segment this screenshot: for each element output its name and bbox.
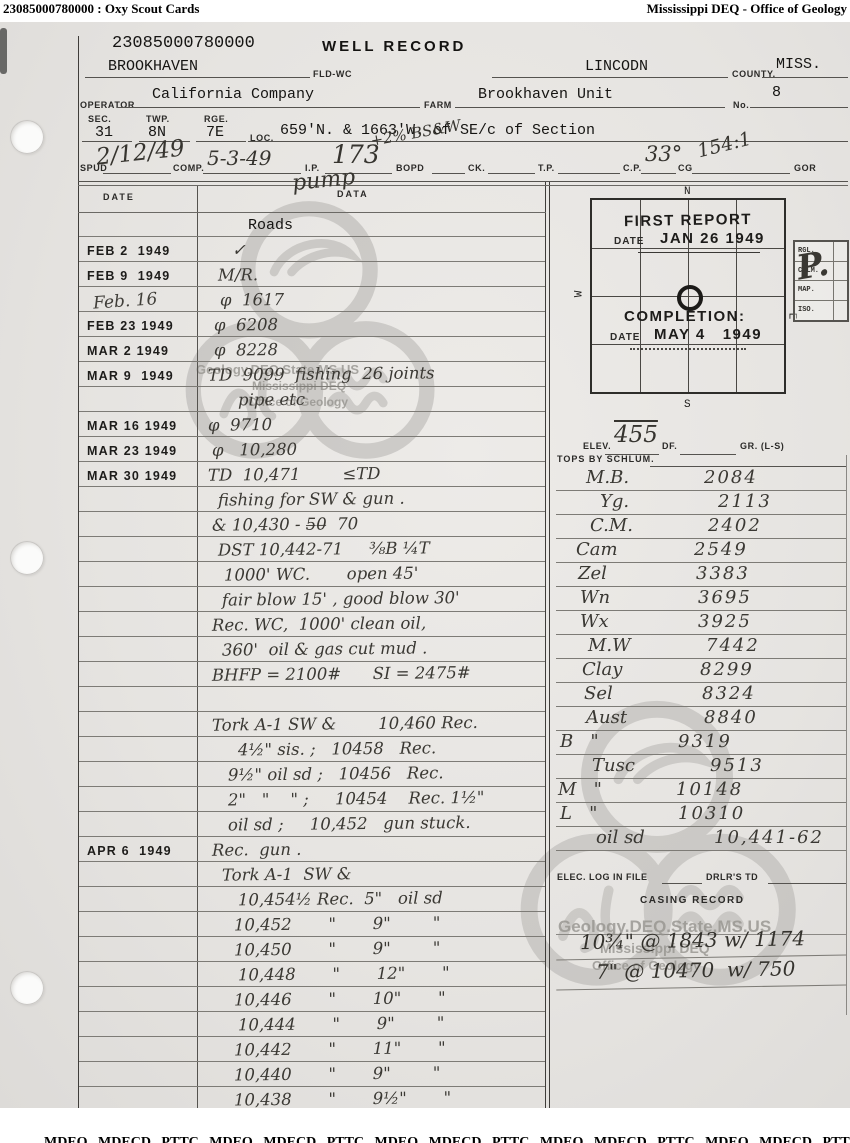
log-row-entry: 2" " " ; 10454 Rec. 1½" <box>204 785 545 813</box>
stamp-box-row: ISO. <box>795 301 847 321</box>
log-row: 10,446 " 10" " <box>79 987 545 1012</box>
log-row-date <box>79 762 204 786</box>
section-map-box: FIRST REPORT DATE JAN 26 1949 COMPLETION… <box>590 198 786 394</box>
tops-row: C.M. 2402 <box>556 515 846 539</box>
log-row-entry: 10,448 " 12" " <box>204 960 545 988</box>
well-number-underline <box>750 107 848 108</box>
log-row: 10,440 " 9" " <box>79 1062 545 1087</box>
log-row: 2" " " ; 10454 Rec. 1½" <box>79 787 545 812</box>
log-row: MAR 30 1949 TD 10,471 ≤TD <box>79 462 545 487</box>
tops-row: M.B. 2084 <box>556 467 846 491</box>
log-row-entry: fair blow 15' , good blow 30' <box>204 585 545 613</box>
log-row-entry: ✓ <box>204 235 545 263</box>
derrick-floor-label: DF. <box>662 441 677 451</box>
bopd-underline <box>432 173 465 174</box>
log-row-date: FEB 23 1949 <box>79 312 204 336</box>
log-row: MAR 23 1949 φ 10,280 <box>79 437 545 462</box>
right-edge-rule <box>846 455 847 1015</box>
log-row: 10,444 " 9" " <box>79 1012 545 1037</box>
tops-row: Cam 2549 <box>556 539 846 563</box>
routing-checkmark: P. <box>794 244 832 289</box>
log-row-date <box>79 712 204 736</box>
date-column-header: DATE <box>103 192 135 202</box>
map-grid-line <box>592 344 784 345</box>
log-row-entry: TD 9099 fishing 26 joints <box>204 360 545 388</box>
form-title: WELL RECORD <box>322 38 466 55</box>
log-row: 10,454½ Rec. 5" oil sd <box>79 887 545 912</box>
bopd-label: BOPD <box>396 163 424 173</box>
cg-label: CG <box>678 163 693 173</box>
log-row-date <box>79 887 204 911</box>
field-underline <box>85 77 310 78</box>
log-row-date <box>79 387 204 411</box>
log-row-date: MAR 9 1949 <box>79 362 204 386</box>
log-row-entry: DST 10,442-71 ⅜B ¼T <box>204 535 545 563</box>
log-row-entry <box>204 685 545 713</box>
center-divider-line <box>549 182 550 1112</box>
formation-tops-list: M.B. 2084 Yg. 2113 C.M. 2402 Cam 2549 <box>556 467 846 851</box>
log-row-date <box>79 637 204 661</box>
tops-depth-value: 2084 <box>704 467 846 490</box>
log-row: MAR 16 1949 φ 9710 <box>79 412 545 437</box>
log-row: FEB 23 1949 φ 6208 <box>79 312 545 337</box>
log-row-date <box>79 537 204 561</box>
log-row: fair blow 15' , good blow 30' <box>79 587 545 612</box>
log-row-entry: 10,446 " 10" " <box>204 985 545 1013</box>
county-underline <box>492 77 728 78</box>
log-row-date: FEB 2 1949 <box>79 237 204 261</box>
tops-depth-value: 8840 <box>704 707 846 730</box>
tops-depth-value: 2113 <box>718 491 846 514</box>
farm-underline <box>455 107 725 108</box>
well-number-value: 8 <box>772 84 781 101</box>
well-number-label: No. <box>733 100 749 110</box>
log-row-entry: 9½" oil sd ; 10456 Rec. <box>204 760 545 788</box>
log-row-entry: 10,440 " 9" " <box>204 1060 545 1088</box>
well-record-scan-page: 23085000780000 : Oxy Scout Cards Mississ… <box>0 0 850 1143</box>
tops-row: Wn 3695 <box>556 587 846 611</box>
log-row: MAR 2 1949 φ 8228 <box>79 337 545 362</box>
casing-record-rows: 10¾" @ 1843 w/ 1174 7" @ 10470 w/ 750 <box>556 928 846 988</box>
log-row: 10,452 " 9" " <box>79 912 545 937</box>
log-row: pipe etc <box>79 387 545 412</box>
center-divider-line <box>545 182 546 1112</box>
punch-hole <box>10 971 44 1005</box>
tops-row: B " 9319 <box>556 731 846 755</box>
cp-underline <box>641 173 676 174</box>
log-row-date <box>79 212 204 236</box>
completion-date-label: DATE <box>610 332 640 343</box>
log-row: 10,442 " 11" " <box>79 1037 545 1062</box>
log-row-entry: M/R. <box>204 260 545 288</box>
tops-formation-name: Sel <box>556 683 702 706</box>
window-title-left: 23085000780000 : Oxy Scout Cards <box>3 1 199 17</box>
casing-record-header: CASING RECORD <box>640 895 745 906</box>
elevation-value: 455 <box>614 422 658 448</box>
log-row-date: MAR 30 1949 <box>79 462 204 486</box>
log-row-date <box>79 662 204 686</box>
log-row-date <box>79 912 204 936</box>
routing-stamp-box: RGL. CHLM. MAP. ISO. P. <box>793 240 849 322</box>
log-row-date <box>79 962 204 986</box>
log-row-date <box>79 1012 204 1036</box>
tops-formation-name: B " <box>556 731 678 754</box>
range-label: RGE. <box>204 114 228 124</box>
log-row: 10,450 " 9" " <box>79 937 545 962</box>
tops-formation-name: M.W <box>556 635 706 658</box>
log-row-entry: φ 6208 <box>204 310 545 338</box>
log-row-entry: φ 10,280 <box>204 435 545 463</box>
log-row-date: APR 6 1949 <box>79 837 204 861</box>
tops-depth-value: 7442 <box>706 635 846 658</box>
log-row-date <box>79 987 204 1011</box>
log-row: 10,448 " 12" " <box>79 962 545 987</box>
tops-depth-value: 9319 <box>678 731 846 754</box>
operator-value: California Company <box>152 86 314 103</box>
log-row-entry: 10,450 " 9" " <box>204 935 545 963</box>
log-row-entry: & 10,430 - 5̶0̶ 70 <box>204 510 545 538</box>
log-row-entry: TD 10,471 ≤TD <box>204 460 545 488</box>
range-underline <box>196 141 246 142</box>
log-row-date <box>79 1062 204 1086</box>
log-row-entry: pipe etc <box>204 385 545 413</box>
punch-hole <box>10 120 44 154</box>
log-row-entry: oil sd ; 10,452 gun stuck. <box>204 810 545 838</box>
table-top-rule <box>78 185 848 186</box>
elec-log-underline <box>662 883 702 884</box>
log-row-date <box>79 562 204 586</box>
choke-label: CK. <box>468 163 485 173</box>
tops-depth-value: 2402 <box>708 515 846 538</box>
tops-header: TOPS BY SCHLUM. <box>557 454 655 464</box>
casing-pressure-value: 33° <box>645 142 682 166</box>
log-row-date: MAR 23 1949 <box>79 437 204 461</box>
log-row: oil sd ; 10,452 gun stuck. <box>79 812 545 837</box>
ground-level-label: GR. (L-S) <box>740 441 784 451</box>
tops-formation-name: M.B. <box>556 467 704 490</box>
completion-date: MAY 4 1949 <box>654 326 762 343</box>
tops-row: Wx 3925 <box>556 611 846 635</box>
tops-row: Sel 8324 <box>556 683 846 707</box>
log-row-date <box>79 862 204 886</box>
first-report-underline <box>638 252 760 253</box>
first-report-date: JAN 26 1949 <box>660 230 765 247</box>
log-row: DST 10,442-71 ⅜B ¼T <box>79 537 545 562</box>
log-row: Feb. 16 φ 1617 <box>79 287 545 312</box>
log-row-date <box>79 487 204 511</box>
log-row-date <box>79 787 204 811</box>
completion-label: COMP. <box>173 163 204 173</box>
tops-row: Clay 8299 <box>556 659 846 683</box>
tops-depth-value: 8324 <box>702 683 846 706</box>
tops-formation-name: Zel <box>556 563 696 586</box>
map-grid-line <box>592 248 784 249</box>
tops-formation-name: L " <box>556 803 678 826</box>
scanned-card: Geology.DEQ.State.MS.US Mississippi DEQ … <box>0 22 850 1108</box>
log-row-date <box>79 587 204 611</box>
log-row: APR 6 1949 Rec. gun . <box>79 837 545 862</box>
completion-underline <box>203 173 301 174</box>
tops-formation-name: Cam <box>556 539 694 562</box>
log-row-date <box>79 937 204 961</box>
field-name-value: BROOKHAVEN <box>108 58 198 75</box>
farm-label: FARM <box>424 100 452 110</box>
county-value: LINCODN <box>585 58 648 75</box>
log-row-date <box>79 1037 204 1061</box>
tops-formation-name: oil sd <box>556 827 714 850</box>
table-top-rule <box>78 181 848 182</box>
first-report-date-label: DATE <box>614 236 644 247</box>
section-value: 31 <box>95 124 113 141</box>
tops-formation-name: Aust <box>556 707 704 730</box>
log-row-date: FEB 9 1949 <box>79 262 204 286</box>
compass-south-label: S <box>684 399 691 411</box>
log-row: fishing for SW & gun . <box>79 487 545 512</box>
tops-depth-value: 10148 <box>676 779 846 802</box>
compass-west-label: W <box>573 291 585 298</box>
tops-formation-name: Clay <box>556 659 700 682</box>
log-row: BHFP = 2100# SI = 2475# <box>79 662 545 687</box>
tops-depth-value: 8299 <box>700 659 846 682</box>
log-row-date: Feb. 16 <box>78 282 210 315</box>
casing-pressure-label: C.P. <box>623 163 642 173</box>
log-row-entry: φ 1617 <box>210 285 545 313</box>
log-row: & 10,430 - 5̶0̶ 70 <box>79 512 545 537</box>
tops-formation-name: M " <box>556 779 676 802</box>
tops-formation-name: Yg. <box>556 491 718 514</box>
df-underline <box>680 454 736 455</box>
log-row-date: MAR 16 1949 <box>79 412 204 436</box>
log-row: 4½" sis. ; 10458 Rec. <box>79 737 545 762</box>
casing-row: 7" @ 10470 w/ 750 <box>556 955 846 990</box>
log-row: 1000' WC. open 45' <box>79 562 545 587</box>
log-row: FEB 2 1949 ✓ <box>79 237 545 262</box>
daily-log-table: Roads FEB 2 1949 ✓ FEB 9 1949 M/R. Feb. … <box>79 212 545 1112</box>
drillers-td-underline <box>768 883 846 884</box>
tops-depth-value: 3925 <box>698 611 846 634</box>
gor-label: GOR <box>794 163 816 173</box>
log-row: Roads <box>79 212 545 237</box>
log-row-entry: φ 9710 <box>204 410 545 438</box>
tops-row: Tusc 9513 <box>556 755 846 779</box>
operator-label: OPERATOR <box>80 100 135 110</box>
log-row-entry: BHFP = 2100# SI = 2475# <box>204 660 545 688</box>
log-row-date: MAR 2 1949 <box>79 337 204 361</box>
tops-depth-value: 9513 <box>710 755 846 778</box>
log-row-entry: fishing for SW & gun . <box>204 485 545 513</box>
log-row: Rec. WC, 1000' clean oil, <box>79 612 545 637</box>
log-row-entry: 10,442 " 11" " <box>204 1035 545 1063</box>
log-row-entry: 10,444 " 9" " <box>204 1010 545 1038</box>
log-row-date <box>79 737 204 761</box>
state-value: MISS. <box>776 56 821 73</box>
tops-depth-value: 2549 <box>694 539 846 562</box>
state-underline <box>762 77 848 78</box>
tops-depth-value: 10310 <box>678 803 846 826</box>
completion-underline <box>630 348 746 350</box>
tubing-pressure-label: T.P. <box>538 163 555 173</box>
tops-depth-value: 3695 <box>698 587 846 610</box>
log-row-entry: 4½" sis. ; 10458 Rec. <box>204 735 545 763</box>
tops-row: L " 10310 <box>556 803 846 827</box>
compass-north-label: N <box>684 186 691 198</box>
log-row-date <box>79 812 204 836</box>
tops-formation-name: Tusc <box>556 755 710 778</box>
log-row-date <box>79 512 204 536</box>
section-label: SEC. <box>88 114 111 124</box>
log-row-entry: Rec. WC, 1000' clean oil, <box>204 610 545 638</box>
log-row-entry: 360' oil & gas cut mud . <box>204 635 545 663</box>
range-value: 7E <box>206 124 224 141</box>
drillers-td-label: DRLR'S TD <box>706 872 758 882</box>
first-report-stamp: FIRST REPORT <box>624 211 752 230</box>
log-row: MAR 9 1949 TD 9099 fishing 26 joints <box>79 362 545 387</box>
scan-smudge <box>0 28 7 74</box>
api-number: 23085000780000 <box>112 34 255 53</box>
elevation-label: ELEV. <box>583 441 611 451</box>
cg-underline <box>692 173 790 174</box>
log-row: FEB 9 1949 M/R. <box>79 262 545 287</box>
log-row-entry: 10,452 " 9" " <box>204 910 545 938</box>
stamp-box-divider <box>833 242 834 320</box>
log-row-entry: Tork A-1 SW & 10,460 Rec. <box>204 710 545 738</box>
log-row: 360' oil & gas cut mud . <box>79 637 545 662</box>
tops-row: Yg. 2113 <box>556 491 846 515</box>
log-row-date <box>79 687 204 711</box>
choke-underline <box>488 173 535 174</box>
window-header: 23085000780000 : Oxy Scout Cards Mississ… <box>0 0 850 22</box>
tops-row: M " 10148 <box>556 779 846 803</box>
log-row-entry: φ 8228 <box>204 335 545 363</box>
log-row-entry: Roads <box>204 212 545 236</box>
elec-log-label: ELEC. LOG IN FILE <box>557 872 648 882</box>
operator-underline <box>118 107 420 108</box>
log-row-entry: 10,454½ Rec. 5" oil sd <box>204 885 545 913</box>
log-row <box>79 687 545 712</box>
tops-row: M.W 7442 <box>556 635 846 659</box>
completion-value: 5-3-49 <box>207 146 271 170</box>
field-label: FLD-WC <box>313 69 352 79</box>
log-row: Tork A-1 SW & <box>79 862 545 887</box>
log-row-entry: Rec. gun . <box>204 835 545 863</box>
completion-stamp: COMPLETION: <box>624 308 746 325</box>
tops-formation-name: C.M. <box>556 515 708 538</box>
gor-value: 154:1 <box>695 128 753 163</box>
log-row-entry: Tork A-1 SW & <box>204 860 545 888</box>
spud-underline <box>103 173 171 174</box>
tops-depth-value: 3383 <box>696 563 846 586</box>
tops-formation-name: Wx <box>556 611 698 634</box>
tops-row: Aust 8840 <box>556 707 846 731</box>
punch-hole <box>10 541 44 575</box>
log-row-date <box>79 612 204 636</box>
log-row: Tork A-1 SW & 10,460 Rec. <box>79 712 545 737</box>
tops-row: oil sd 10,441-62 <box>556 827 846 851</box>
log-row: 9½" oil sd ; 10456 Rec. <box>79 762 545 787</box>
log-row-entry: 1000' WC. open 45' <box>204 560 545 588</box>
farm-value: Brookhaven Unit <box>478 86 613 103</box>
tops-row: Zel 3383 <box>556 563 846 587</box>
window-title-right: Mississippi DEQ - Office of Geology <box>647 1 847 17</box>
township-label: TWP. <box>146 114 170 124</box>
tops-depth-value: 10,441-62 <box>714 827 846 850</box>
tp-underline <box>558 173 620 174</box>
footer-sponsor-strip: MDEQ MDECD PTTC MDEQ MDECD PTTC MDEQ MDE… <box>0 1108 850 1143</box>
footer-text: MDEQ MDECD PTTC MDEQ MDECD PTTC MDEQ MDE… <box>44 1135 850 1143</box>
tops-formation-name: Wn <box>556 587 698 610</box>
